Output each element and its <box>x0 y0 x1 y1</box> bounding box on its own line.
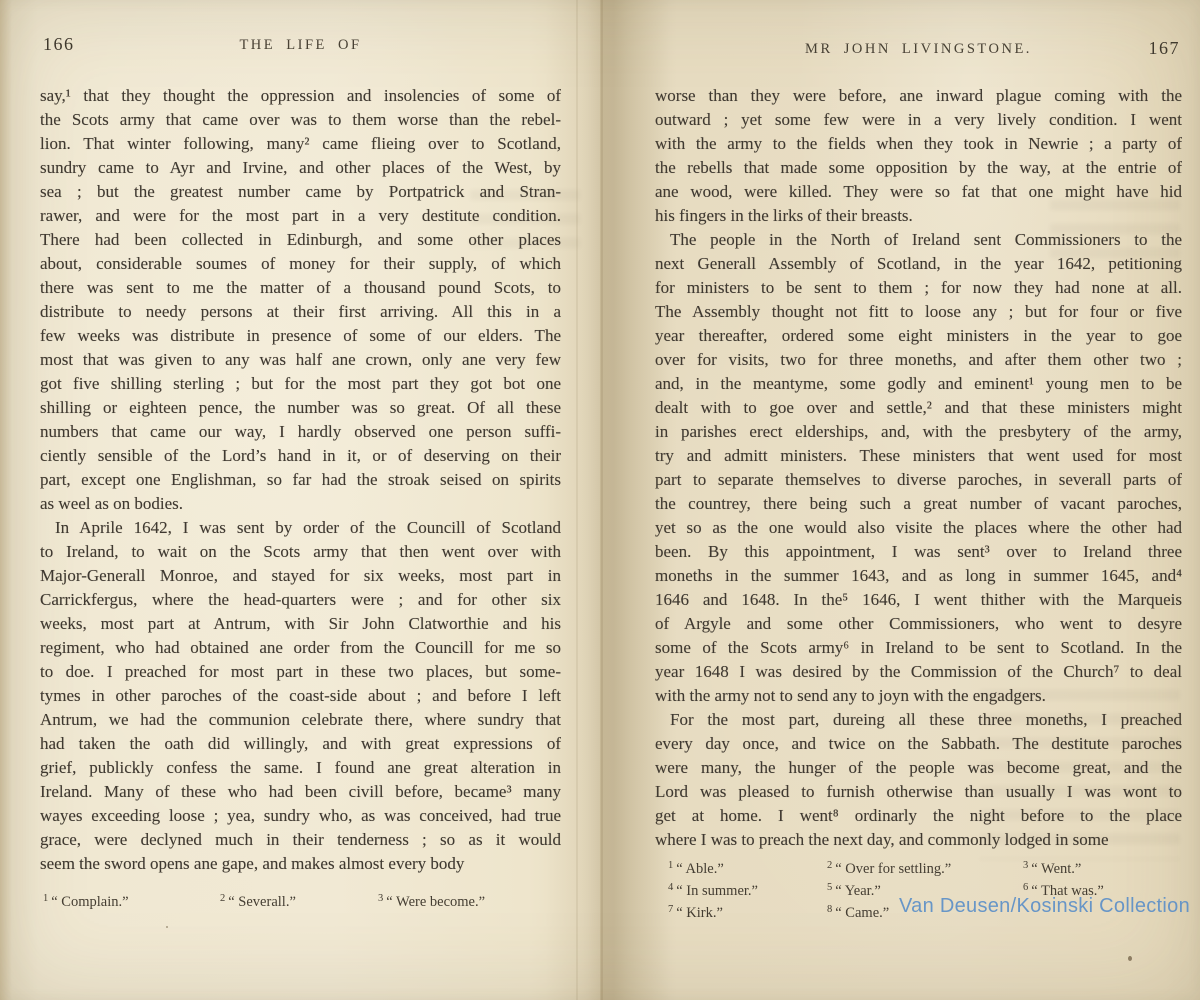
footnote-text: “ Year.” <box>835 883 881 899</box>
text-line: where I was to preach the next day, and … <box>655 828 1182 852</box>
text-line: most that was given to any was half ane … <box>40 348 561 372</box>
text-line: the countrey, there being such a great n… <box>655 492 1182 516</box>
text-line: Lord was pleased to furnish otherwise th… <box>655 780 1182 804</box>
text-line: get at home. I went⁸ ordinarly the night… <box>655 804 1182 828</box>
text-line: had taken the oath did willingly, and wi… <box>40 732 561 756</box>
left-page: 166 THE LIFE OF say,¹ that they thought … <box>0 0 600 1000</box>
text-line: worse than they were before, ane inward … <box>655 84 1182 108</box>
footnote: 1“ Complain.” <box>43 893 129 911</box>
text-line: every day once, and twice on the Sabbath… <box>655 732 1182 756</box>
footnote-ref: 3 <box>378 893 383 904</box>
text-line: try and admitt ministers. These minister… <box>655 444 1182 468</box>
left-running-header: THE LIFE OF <box>40 37 561 54</box>
footnote-ref: 7 <box>668 904 673 915</box>
footnote: 1“ Able.” <box>668 860 724 878</box>
footnote-ref: 1 <box>43 893 48 904</box>
right-page: MR JOHN LIVINGSTONE. 167 worse than they… <box>600 0 1200 1000</box>
text-line: his fingers in the lirks of their breast… <box>655 204 1182 228</box>
text-line: over for visits, two for three moneths, … <box>655 348 1182 372</box>
text-line: been. By this appointment, I was sent³ o… <box>655 540 1182 564</box>
left-page-body: say,¹ that they thought the oppression a… <box>40 84 561 876</box>
right-page-body: worse than they were before, ane inward … <box>655 84 1182 852</box>
text-line: 1646 and 1648. In the⁵ 1646, I went thit… <box>655 588 1182 612</box>
text-line: in parishes erect elderships, and, with … <box>655 420 1182 444</box>
text-line: the rebells that made some opposition by… <box>655 156 1182 180</box>
text-line: about, considerable soumes of money for … <box>40 252 561 276</box>
footnote: 2“ Severall.” <box>220 893 296 911</box>
text-line: regiment, who had obtained ane order fro… <box>40 636 561 660</box>
footnote: 5“ Year.” <box>827 882 881 900</box>
text-line: The Assembly thought not fitt to loose a… <box>655 300 1182 324</box>
text-line: to Ireland, to wait on the Scots army th… <box>40 540 561 564</box>
text-line: ane wood, were killed. They were so fat … <box>655 180 1182 204</box>
text-line: part, except one Englishman, so far had … <box>40 468 561 492</box>
right-page-number: 167 <box>1149 38 1181 59</box>
footnote: 3“ Went.” <box>1023 860 1081 878</box>
footnote-ref: 6 <box>1023 882 1028 893</box>
text-line: wayes exceeding loose ; yea, sundry who,… <box>40 804 561 828</box>
text-line: part to separate themselves to diverse p… <box>655 468 1182 492</box>
footnote-text: “ Kirk.” <box>676 905 723 921</box>
text-line: of Argyle and some other Commissioners, … <box>655 612 1182 636</box>
footnote-ref: 4 <box>668 882 673 893</box>
text-line: Carrickfergus, where the head-quarters w… <box>40 588 561 612</box>
text-line: Major-Generall Monroe, and stayed for si… <box>40 564 561 588</box>
footnote-ref: 2 <box>827 860 832 871</box>
text-line: sea ; but the greatest number came by Po… <box>40 180 561 204</box>
text-line: there was sent to me the matter of a tho… <box>40 276 561 300</box>
text-line: the Scots army that came over was to the… <box>40 108 561 132</box>
right-page-header: MR JOHN LIVINGSTONE. 167 <box>655 41 1182 63</box>
right-running-header: MR JOHN LIVINGSTONE. <box>655 41 1182 58</box>
text-line: and, in the meantyme, some godly and emi… <box>655 372 1182 396</box>
footnote-ref: 2 <box>220 893 225 904</box>
footnote: 3“ Were become.” <box>378 893 485 911</box>
text-line: weeks, most part at Antrum, with Sir Joh… <box>40 612 561 636</box>
text-line: as weel as on bodies. <box>40 492 561 516</box>
text-line: for ministers to be sent to them ; for n… <box>655 276 1182 300</box>
text-line: There had been collected in Edinburgh, a… <box>40 228 561 252</box>
collection-watermark: Van Deusen/Kosinski Collection <box>899 895 1190 918</box>
text-line: to doe. I preached for most part in thes… <box>40 660 561 684</box>
text-line: Ireland. Many of these who had been civi… <box>40 780 561 804</box>
text-line: outward ; yet some few were in a very li… <box>655 108 1182 132</box>
text-line: yet so as the one would also visite the … <box>655 516 1182 540</box>
book-scan: 166 THE LIFE OF say,¹ that they thought … <box>0 0 1200 1000</box>
text-line: grief, publickly confess the same. I fou… <box>40 756 561 780</box>
text-line: In Aprile 1642, I was sent by order of t… <box>40 516 561 540</box>
text-line: distribute to needy persons at their fir… <box>40 300 561 324</box>
footnote-ref: 3 <box>1023 860 1028 871</box>
footnote-text: “ Came.” <box>835 905 889 921</box>
text-line: rawer, and were for the most part in a v… <box>40 204 561 228</box>
text-line: tymes in other paroches of the coast-sid… <box>40 684 561 708</box>
footnote: 4“ In summer.” <box>668 882 758 900</box>
footnote-ref: 1 <box>668 860 673 871</box>
text-line: with the army not to send any to joyn wi… <box>655 684 1182 708</box>
text-line: say,¹ that they thought the oppression a… <box>40 84 561 108</box>
text-line: moneths in the summer 1643, and as long … <box>655 564 1182 588</box>
footnote-text: “ In summer.” <box>676 883 758 899</box>
footnote: 2“ Over for settling.” <box>827 860 951 878</box>
footnote-text: “ Were become.” <box>386 894 485 910</box>
footnote-ref: 5 <box>827 882 832 893</box>
footnote-text: “ Severall.” <box>228 894 296 910</box>
text-line: few weeks was distribute in presence of … <box>40 324 561 348</box>
text-line: dealt with to goe over and settle,² and … <box>655 396 1182 420</box>
footnote: 8“ Came.” <box>827 904 889 922</box>
text-line: year 1648 I was desired by the Commissio… <box>655 660 1182 684</box>
left-page-number: 166 <box>43 34 75 55</box>
text-line: sundry came to Ayr and Irvine, and other… <box>40 156 561 180</box>
text-line: year thereafter, ordered some eight mini… <box>655 324 1182 348</box>
text-line: For the most part, dureing all these thr… <box>655 708 1182 732</box>
text-line: next Generall Assembly of Scotland, in t… <box>655 252 1182 276</box>
footnote: 7“ Kirk.” <box>668 904 723 922</box>
text-line: numbers that came our way, I hardly obse… <box>40 420 561 444</box>
text-line: ciently sensible of the Lord’s hand in i… <box>40 444 561 468</box>
text-line: The people in the North of Ireland sent … <box>655 228 1182 252</box>
text-line: were many, the hunger of the people was … <box>655 756 1182 780</box>
text-line: lion. That winter following, many² came … <box>40 132 561 156</box>
left-page-footnotes: 1“ Complain.”2“ Severall.”3“ Were become… <box>40 893 561 919</box>
footnote-text: “ Able.” <box>676 861 724 877</box>
text-line: shilling or eighteen pence, the number w… <box>40 396 561 420</box>
text-line: some of the Scots army⁶ in Ireland to be… <box>655 636 1182 660</box>
footnote-text: “ Over for settling.” <box>835 861 951 877</box>
text-line: grace, were declyned much in their tende… <box>40 828 561 852</box>
text-line: with the army to the fields when they to… <box>655 132 1182 156</box>
footnote-ref: 8 <box>827 904 832 915</box>
footnote-text: “ Went.” <box>1031 861 1081 877</box>
footnote-text: “ Complain.” <box>51 894 128 910</box>
text-line: seem the sword opens ane gape, and makes… <box>40 852 561 876</box>
text-line: got five shilling sterling ; but for the… <box>40 372 561 396</box>
left-page-header: 166 THE LIFE OF <box>40 37 561 59</box>
text-line: Antrum, we had the communion celebrate t… <box>40 708 561 732</box>
